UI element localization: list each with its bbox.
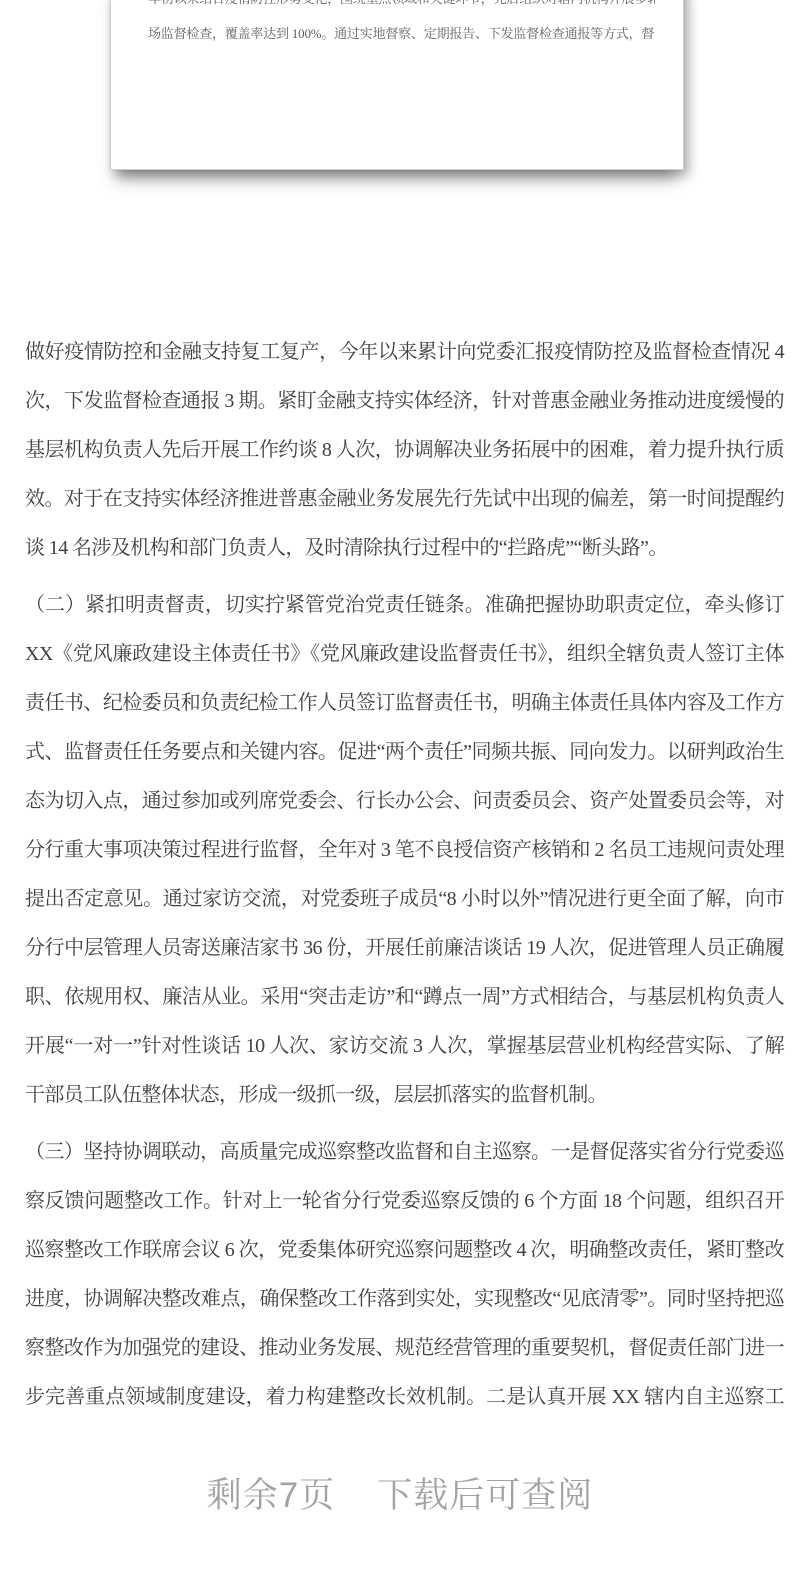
page-text-line: 场监督检查，覆盖率达到 100%。通过实地督察、定期报告、下发监督检查通报等方式… xyxy=(148,26,655,42)
download-hint-label: 下载后可查阅 xyxy=(377,1476,593,1515)
document-page-preview: 年初以来结合疫情防控形势变化，围绕重点领域和关键环节，先后组织对辖内机构开展多轮… xyxy=(110,0,684,170)
paragraph-section-two: （二）紧扣明责督责，切实拧紧管党治党责任链条。准确把握协助职责定位，牵头修订 X… xyxy=(25,581,784,1120)
paragraph-continuation: 做好疫情防控和金融支持复工复产，今年以来累计向党委汇报疫情防控及监督检查情况 4… xyxy=(25,328,784,573)
remaining-pages-label: 剩余7页 xyxy=(207,1476,335,1515)
document-body: 做好疫情防控和金融支持复工复产，今年以来累计向党委汇报疫情防控及监督检查情况 4… xyxy=(0,328,800,1479)
page-text-line-clipped: 年初以来结合疫情防控形势变化，围绕重点领域和关键环节，先后组织对辖内机构开展多轮… xyxy=(148,0,655,7)
download-hint-bar: 剩余7页下载后可查阅 xyxy=(0,1428,800,1571)
paragraph-section-three: （三）坚持协调联动，高质量完成巡察整改监督和自主巡察。一是督促落实省分行党委巡察… xyxy=(25,1128,784,1471)
